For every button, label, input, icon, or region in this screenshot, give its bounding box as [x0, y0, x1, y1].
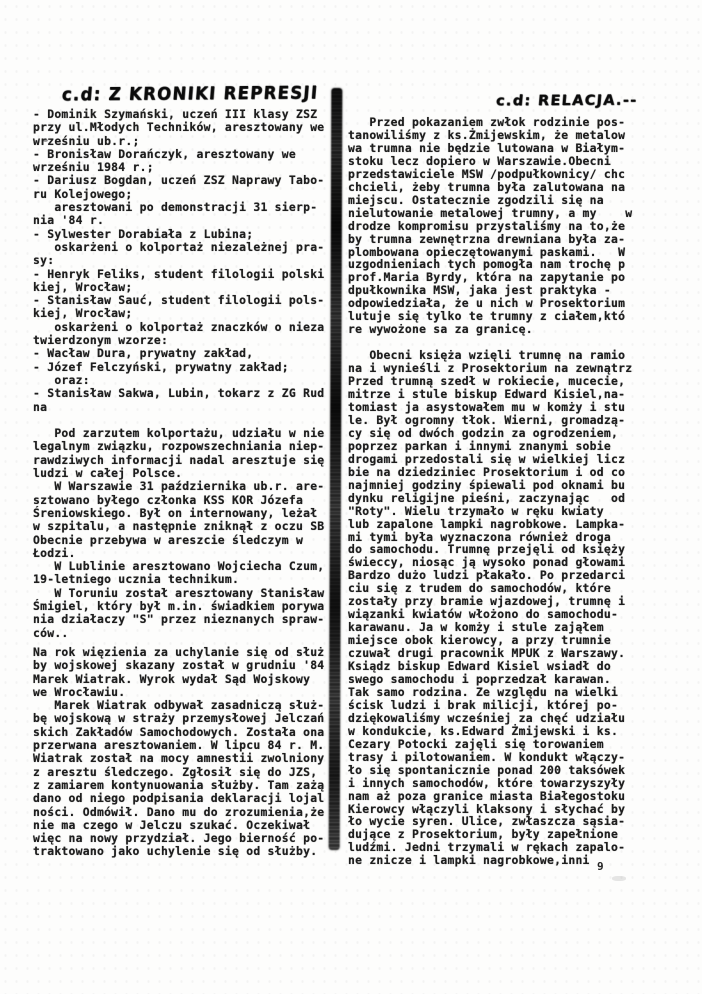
left-column-arrests-text: - Dominik Szymański, uczeń III klasy ZSZ… [33, 108, 324, 640]
page-number: 9 [597, 860, 604, 873]
scan-speck [43, 139, 48, 142]
right-column-header: c.d: RELACJA.-- [495, 93, 638, 110]
left-column-header: c.d: Z KRONIKI REPRESJI [61, 82, 319, 104]
column-fold-scan-artifact [329, 88, 343, 850]
scanned-newsletter-page: c.d: Z KRONIKI REPRESJI c.d: RELACJA.-- … [0, 0, 702, 994]
left-column-army-sentence-text: Na rok więzienia za uchylanie się od słu… [33, 646, 324, 859]
scan-smudge [612, 876, 626, 881]
right-column-relation-text: Przed pokazaniem zwłok rodzinie pos- tan… [348, 116, 632, 867]
